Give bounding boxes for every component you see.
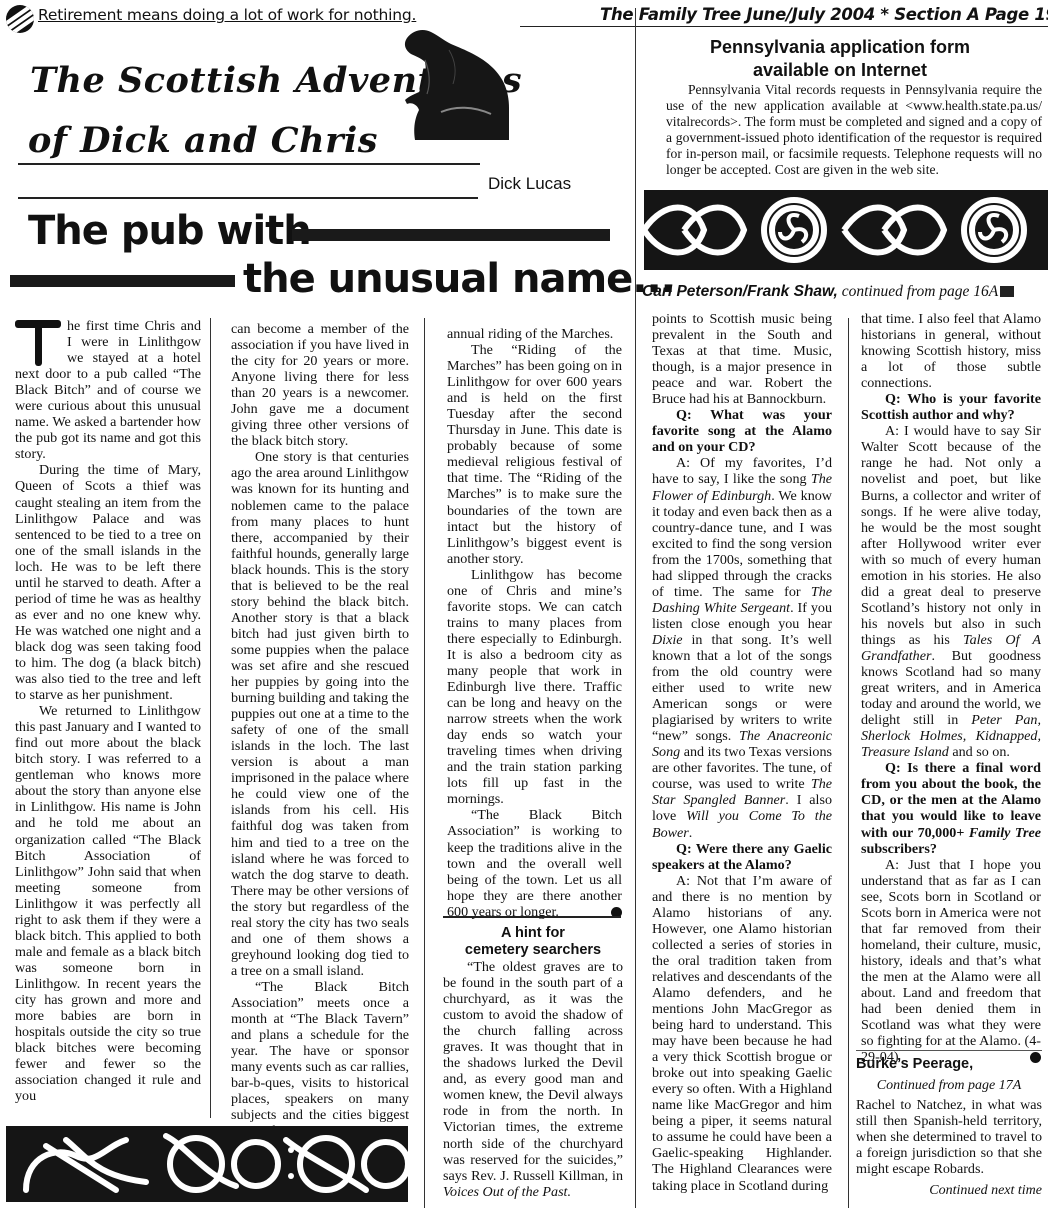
article-paragraph: “The Black Bitch Association” is working… [447, 807, 622, 919]
section-rule [443, 916, 621, 918]
title-rule-bottom [18, 197, 478, 199]
masthead-issue-info: The Family Tree June/July 2004 * Section… [600, 5, 1048, 24]
article-column-3: annual riding of the Marches. The “Ridin… [447, 326, 622, 920]
hint-body: “The oldest graves are to be found in th… [443, 959, 623, 1200]
headline-bar-left [10, 275, 235, 287]
interview-column-1: points to Scottish music being prevalent… [652, 311, 832, 1194]
continued-from: continued from page 16A [842, 283, 999, 300]
interview-paragraph: points to Scottish music being prevalent… [652, 311, 832, 407]
article-paragraph: During the time of Mary, Queen of Scots … [15, 462, 201, 703]
burkes-title: Burke’s Peerage, [856, 1056, 1042, 1072]
celtic-knot-border [644, 190, 1048, 270]
header-rule [520, 26, 1048, 27]
interview-continued-heading: Carl Peterson/Frank Shaw, continued from… [642, 283, 1014, 301]
article-column-1: he first time Chris and I were in Linlit… [15, 318, 201, 1104]
burkes-body: Rachel to Natchez, in what was still the… [856, 1097, 1042, 1177]
interview-answer: A: Just that I hope you understand that … [861, 857, 1041, 1066]
title-rule-top [18, 163, 480, 165]
continued-next: Continued next time [856, 1183, 1042, 1199]
article-paragraph: can become a member of the association i… [231, 321, 409, 449]
celtic-knot-border [6, 1126, 408, 1202]
article-column-2: can become a member of the association i… [231, 321, 409, 1139]
dropcap-t [15, 320, 61, 366]
article-paragraph: We returned to Linlithgow this past Janu… [15, 703, 201, 1104]
article-paragraph: The “Riding of the Marches” has been goi… [447, 342, 622, 567]
tagline: Retirement means doing a lot of work for… [38, 6, 416, 24]
article-paragraph: he first time Chris and I were in Linlit… [15, 318, 201, 462]
hint-title-line2: cemetery searchers [443, 942, 623, 959]
headline-bar-right [292, 229, 610, 241]
series-title-line2: of Dick and Chris [28, 120, 378, 161]
interview-question: Q: What was your favorite song at the Al… [652, 407, 832, 455]
interview-paragraph: that time. I also feel that Alamo histor… [861, 311, 1041, 391]
article-paragraph: annual riding of the Marches. [447, 326, 622, 342]
interview-question: Q: Who is your favorite Scottish author … [861, 391, 1041, 423]
headline-line1: The pub with [28, 208, 311, 254]
hint-article: A hint for cemetery searchers “The oldes… [443, 925, 623, 1200]
interview-answer: A: I would have to say Sir Walter Scott … [861, 423, 1041, 760]
column-divider [848, 318, 849, 1208]
article-paragraph: Linlithgow has become one of Chris and m… [447, 567, 622, 808]
interview-question: Q: Is there a final word from you about … [861, 760, 1041, 856]
article-paragraph: One story is that centuries ago the area… [231, 449, 409, 979]
interview-column-2: that time. I also feel that Alamo histor… [861, 311, 1041, 1065]
continued-from: Continued from page 17A [856, 1078, 1042, 1094]
pa-notice-title: Pennsylvania application form available … [640, 36, 1040, 82]
interview-question: Q: Were there any Gaelic speakers at the… [652, 841, 832, 873]
burkes-peerage-article: Burke’s Peerage, Continued from page 17A… [856, 1056, 1042, 1199]
square-marker-icon [1000, 286, 1014, 297]
interview-names: Carl Peterson/Frank Shaw, [642, 283, 838, 300]
section-rule [856, 1050, 1042, 1051]
interview-answer: A: Not that I’m aware of and there is no… [652, 873, 832, 1194]
striped-circle-icon [6, 5, 34, 33]
column-divider [635, 8, 636, 1208]
column-divider [210, 318, 211, 1118]
pa-notice-body: Pennsylvania Vital records requests in P… [666, 82, 1042, 178]
byline: Dick Lucas [488, 174, 571, 194]
hint-title-line1: A hint for [443, 925, 623, 942]
column-divider [424, 318, 425, 1208]
interview-answer: A: Of my favorites, I’d have to say, I l… [652, 455, 832, 840]
dog-illustration [395, 20, 513, 140]
headline-line2: the unusual name... [243, 256, 675, 302]
article-paragraph: “The Black Bitch Association” meets once… [231, 979, 409, 1139]
